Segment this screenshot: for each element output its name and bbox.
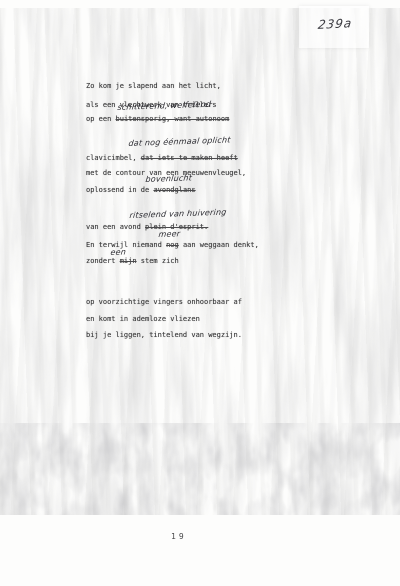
typed-text: zondert	[86, 257, 120, 265]
poem-line: zondert mijn stem zich	[86, 257, 179, 266]
typed-text: bij je liggen, tintelend van wegzijn.	[86, 331, 242, 339]
typed-text: clavicimbel,	[86, 154, 141, 162]
poem-line: bij je liggen, tintelend van wegzijn.	[86, 331, 242, 340]
typed-text: aan weggaan denkt,	[179, 241, 259, 249]
handwritten-correction: een	[110, 247, 126, 257]
typed-text: Zo kom je slapend aan het licht,	[86, 82, 221, 90]
typed-text: op voorzichtige vingers onhoorbaar af	[86, 298, 242, 306]
poem-line: oplossend in de avondglans	[86, 186, 196, 195]
poem-line: clavicimbel, dat iets te maken heeft	[86, 154, 238, 163]
typed-text: op een	[86, 115, 116, 123]
strikethrough-text: mijn	[120, 257, 137, 265]
page-number: 19	[171, 532, 187, 541]
strikethrough-text: dat iets te maken heeft	[141, 154, 238, 162]
strikethrough-text: avondglans	[153, 186, 195, 194]
strikethrough-text: nog	[166, 241, 179, 249]
typed-text: stem zich	[137, 257, 179, 265]
poem-line: op voorzichtige vingers onhoorbaar af	[86, 298, 242, 307]
archive-label: 239a	[317, 16, 353, 32]
poem-line: op een buitensporig, want autonoom	[86, 115, 229, 124]
handwritten-correction: ritselend van huivering	[129, 208, 227, 220]
strikethrough-text: buitensporig, want autonoom	[116, 115, 230, 123]
handwritten-correction: dat nog éénmaal oplicht	[128, 135, 231, 148]
handwritten-correction: schitterend, weifelend	[117, 100, 212, 112]
typed-text: oplossend in de	[86, 186, 153, 194]
poem-line: van een avond plein d'esprit.	[86, 223, 208, 232]
typed-text: van een avond	[86, 223, 145, 231]
manuscript-page: 239a Zo kom je slapend aan het licht, al…	[0, 0, 400, 586]
poem-line: en komt in ademloze vliezen	[86, 315, 200, 324]
poem-line: Zo kom je slapend aan het licht,	[86, 82, 221, 91]
handwritten-correction: bovenlucht	[145, 173, 193, 184]
typed-text: en komt in ademloze vliezen	[86, 315, 200, 323]
handwritten-correction: meer	[158, 229, 181, 239]
